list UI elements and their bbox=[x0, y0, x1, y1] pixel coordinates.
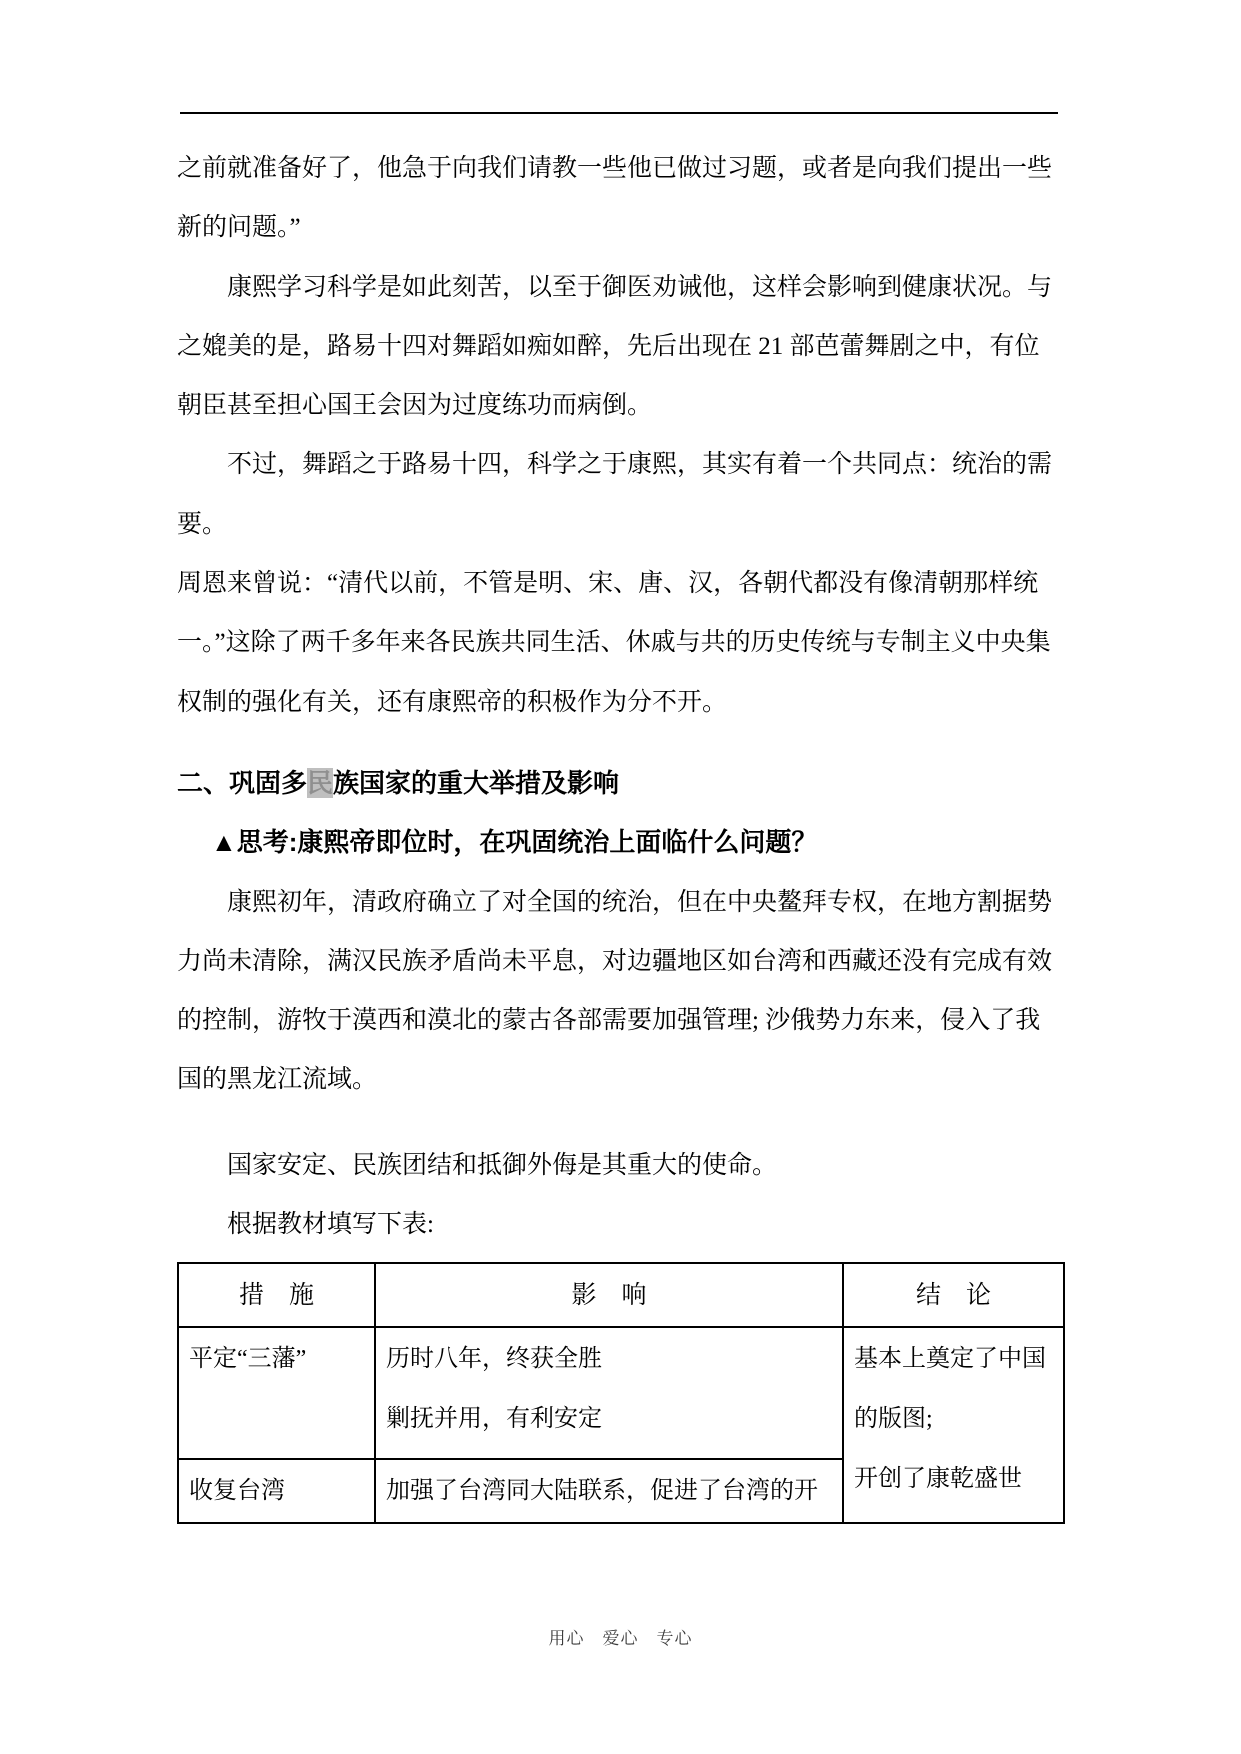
table-row: 平定“三藩” 历时八年，终获全胜 剿抚并用，有利安定 基本上奠定了中国的版图; … bbox=[178, 1327, 1064, 1459]
cell-measure-sanfan: 平定“三藩” bbox=[178, 1327, 375, 1459]
header-divider bbox=[180, 112, 1058, 114]
table-header-row: 措 施 影 响 结 论 bbox=[178, 1263, 1064, 1327]
document-content: 之前就准备好了，他急于向我们请教一些他已做过习题，或者是向我们提出一些新的问题。… bbox=[177, 139, 1063, 1524]
highlighted-char: 民 bbox=[307, 768, 333, 798]
paragraph-common-point: 不过，舞蹈之于路易十四，科学之于康熙，其实有着一个共同点：统治的需要。 bbox=[177, 435, 1063, 554]
page-footer: 用心 爱心 专心 bbox=[0, 1624, 1241, 1654]
paragraph-early-kangxi: 康熙初年，清政府确立了对全国的统治，但在中央鳌拜专权，在地方割据势力尚未清除，满… bbox=[177, 873, 1063, 1110]
section-heading-text-before: 二、巩固多 bbox=[177, 768, 307, 798]
think-question-text: 思考:康熙帝即位时，在巩固统治上面临什么问题？ bbox=[237, 827, 818, 857]
cell-text: 基本上奠定了中国的版图; bbox=[854, 1329, 1053, 1449]
document-page: 之前就准备好了，他急于向我们请教一些他已做过习题，或者是向我们提出一些新的问题。… bbox=[0, 0, 1241, 1754]
column-header-conclusion: 结 论 bbox=[843, 1263, 1064, 1327]
cell-text: 开创了康乾盛世 bbox=[854, 1449, 1053, 1509]
cell-text: 加强了台湾同大陆联系，促进了台湾的开 bbox=[386, 1461, 832, 1521]
cell-text: 收复台湾 bbox=[189, 1461, 364, 1521]
think-question-heading: ▲思考:康熙帝即位时，在巩固统治上面临什么问题？ bbox=[177, 813, 1063, 872]
cell-measure-taiwan: 收复台湾 bbox=[178, 1459, 375, 1523]
summary-table: 措 施 影 响 结 论 平定“三藩” 历时八年，终获全胜 剿抚并用，有利安定 基… bbox=[177, 1262, 1065, 1524]
section-heading: 二、巩固多民族国家的重大举措及影响 bbox=[177, 754, 1063, 813]
paragraph-kangxi-study: 康熙学习科学是如此刻苦，以至于御医劝诫他，这样会影响到健康状况。与之媲美的是，路… bbox=[177, 258, 1063, 436]
paragraph-fill-table: 根据教材填写下表: bbox=[177, 1195, 1063, 1254]
cell-impact-sanfan: 历时八年，终获全胜 剿抚并用，有利安定 bbox=[375, 1327, 843, 1459]
paragraph-mission: 国家安定、民族团结和抵御外侮是其重大的使命。 bbox=[177, 1136, 1063, 1195]
section-heading-text-after: 族国家的重大举措及影响 bbox=[333, 768, 619, 798]
cell-conclusion: 基本上奠定了中国的版图; 开创了康乾盛世 bbox=[843, 1327, 1064, 1523]
cell-text: 平定“三藩” bbox=[189, 1329, 364, 1389]
cell-text: 历时八年，终获全胜 bbox=[386, 1329, 832, 1389]
triangle-bullet-icon: ▲ bbox=[211, 827, 237, 857]
cell-impact-taiwan: 加强了台湾同大陆联系，促进了台湾的开 bbox=[375, 1459, 843, 1523]
column-header-measure: 措 施 bbox=[178, 1263, 375, 1327]
cell-text: 剿抚并用，有利安定 bbox=[386, 1389, 832, 1449]
paragraph-continuation: 之前就准备好了，他急于向我们请教一些他已做过习题，或者是向我们提出一些新的问题。… bbox=[177, 139, 1063, 258]
paragraph-zhou-enlai-quote: 周恩来曾说：“清代以前，不管是明、宋、唐、汉，各朝代都没有像清朝那样统一。”这除… bbox=[177, 554, 1063, 732]
column-header-impact: 影 响 bbox=[375, 1263, 843, 1327]
